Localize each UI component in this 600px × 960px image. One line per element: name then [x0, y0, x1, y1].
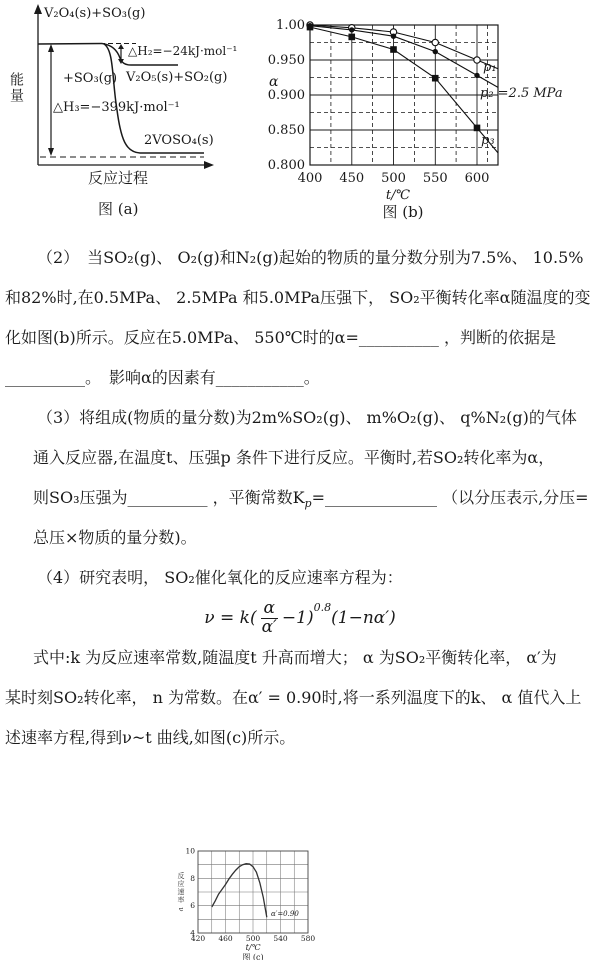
figure-c-rate-chart: 10 8 6 4 420 460 500 540 580 α′=0.90 t/℃… [170, 840, 360, 960]
data-point-p3 [348, 34, 355, 41]
fig-a-x-axis-label: 反应过程 [88, 167, 148, 188]
formula-tail: (1−nα′) [331, 598, 396, 638]
text-line: 通入反应器,在温度t、压强p 条件下进行反应。平衡时,若SO₂转化率为α， [0, 438, 600, 478]
question-text-block: （2） 当SO₂(g)、 O₂(g)和N₂(g)起始的物质的量分数分别为7.5%… [0, 238, 600, 758]
kp-line-post: =______________ （以分压表示,分压= [312, 488, 589, 507]
text-line: __________。 影响α的因素有___________。 [0, 358, 600, 398]
formula-exponent: 0.8 [314, 602, 332, 613]
fig-c-annotation: α′=0.90 [271, 910, 299, 918]
data-point-p3 [474, 125, 481, 132]
x-tick-label: 420 [191, 934, 206, 943]
text-line: 则SO₃压强为__________ ，平衡常数Kp=______________… [0, 478, 600, 518]
y-tick-label: 0.950 [268, 53, 305, 68]
x-tick-label: 580 [301, 934, 316, 943]
y-tick-label: 10 [185, 847, 195, 856]
fig-a-dh2-label: △H₂=−24kJ·mol⁻¹ [128, 44, 237, 58]
x-tick-label: 450 [339, 171, 364, 186]
x-tick-label: 550 [423, 171, 448, 186]
x-tick-label: 500 [246, 934, 261, 943]
y-tick-label: 0.850 [268, 123, 305, 138]
x-tick-label: 460 [218, 934, 233, 943]
dh3-arrow-up-icon [48, 44, 54, 52]
data-point-p3 [432, 75, 439, 82]
fig-a-dh3-label: △H₃=−399kJ·mol⁻¹ [53, 100, 180, 115]
fig-c-grid [198, 851, 308, 933]
data-point-p3 [390, 46, 397, 53]
series-labels: p₁ p₂ =2.5 MPa p₃ [480, 60, 563, 148]
fig-c-y-axis-label: 反应速率 ν [176, 872, 186, 912]
kp-subscript: p [305, 497, 312, 510]
data-series [307, 22, 498, 153]
figure-a-energy-diagram: V₂O₄(s)+SO₃(g) △H₂=−24kJ·mol⁻¹ +SO₃(g) V… [0, 0, 260, 225]
fig-a-bottom-state-label: 2VOSO₄(s) [144, 133, 214, 148]
text-line: 和82%时,在0.5MPa、 2.5MPa 和5.0MPa压强下， SO₂平衡转… [0, 278, 600, 318]
fig-b-y-axis-label: α [269, 74, 279, 90]
y-tick-label: 8 [190, 874, 195, 883]
x-tick-label: 400 [298, 171, 323, 186]
dh2-arrow-up-icon [118, 44, 124, 49]
series-label-p2: p₂ =2.5 MPa [480, 86, 563, 101]
x-tick-label: 500 [381, 171, 406, 186]
series-label-p3: p₃ [481, 133, 495, 148]
y-tick-label: 6 [190, 901, 195, 910]
fig-a-y-axis-label: 能量 [6, 72, 26, 104]
major-grid [310, 25, 498, 165]
y-axis-arrow-icon [34, 4, 42, 14]
fig-c-y-tick-labels: 10 8 6 4 [185, 847, 195, 938]
data-point-p1 [432, 39, 438, 45]
text-line: 式中:k 为反应速率常数,随温度t 升高而增大； α 为SO₂平衡转化率， α′… [0, 638, 600, 678]
fig-c-x-tick-labels: 420 460 500 540 580 [191, 934, 316, 943]
y-tick-label: 1.00 [276, 18, 305, 33]
fig-a-top-state-label: V₂O₄(s)+SO₃(g) [44, 6, 145, 21]
text-line: 述速率方程,得到ν~t 曲线,如图(c)所示。 [0, 718, 600, 758]
fig-a-plus-so3-label: +SO₃(g) [63, 71, 117, 86]
x-tick-label: 540 [273, 934, 288, 943]
x-axis-arrow-icon [204, 161, 214, 169]
series-label-p1: p₁ [483, 60, 497, 75]
text-line: 化如图(b)所示。反应在5.0MPa、 550℃时的α=__________ ，… [0, 318, 600, 358]
y-tick-labels: 1.00 0.950 0.900 0.850 0.800 [268, 18, 305, 173]
figure-b-alpha-chart: 1.00 0.950 0.900 0.850 0.800 400 450 500… [255, 10, 585, 228]
text-line: （4）研究表明， SO₂催化氧化的反应速率方程为： [0, 558, 600, 598]
figure-c-canvas: 10 8 6 4 420 460 500 540 580 α′=0.90 t/℃… [170, 840, 360, 960]
formula-mid: −1) [282, 598, 314, 638]
text-line: （2） 当SO₂(g)、 O₂(g)和N₂(g)起始的物质的量分数分别为7.5%… [0, 238, 600, 278]
data-point-p1 [474, 57, 480, 63]
data-point-p3 [307, 24, 314, 31]
formula-fraction: αα′ [259, 600, 280, 637]
figure-b-canvas: 1.00 0.950 0.900 0.850 0.800 400 450 500… [255, 10, 585, 228]
y-tick-label: 0.900 [268, 88, 305, 103]
data-point-p2 [391, 34, 396, 39]
formula-lhs: ν = k( [204, 598, 256, 638]
x-tick-label: 600 [465, 171, 490, 186]
exam-page: V₂O₄(s)+SO₃(g) △H₂=−24kJ·mol⁻¹ +SO₃(g) V… [0, 0, 600, 960]
fig-a-mid-state-label: V₂O₅(s)+SO₂(g) [126, 70, 227, 85]
fig-a-caption: 图 (a) [98, 198, 138, 219]
fig-c-caption: 图 (c) [242, 953, 263, 960]
data-point-p2 [433, 49, 438, 54]
dh3-arrow-down-icon [48, 148, 54, 156]
fig-b-x-axis-label: t/℃ [386, 188, 411, 203]
fig-c-x-axis-label: t/℃ [246, 943, 262, 952]
text-line: 某时刻SO₂转化率， n 为常数。在α′ = 0.90时,将一系列温度下的k、 … [0, 678, 600, 718]
kp-line-pre: 则SO₃压强为__________ ，平衡常数K [33, 488, 305, 507]
fig-b-caption: 图 (b) [382, 203, 423, 221]
text-line: 总压×物质的量分数)。 [0, 518, 600, 558]
data-point-p2 [474, 73, 479, 78]
rate-equation: ν = k(αα′−1)0.8(1−nα′) [0, 598, 600, 638]
text-line: （3）将组成(物质的量分数)为2m%SO₂(g)、 m%O₂(g)、 q%N₂(… [0, 398, 600, 438]
formula-denominator: α′ [259, 619, 280, 637]
data-point-p2 [349, 27, 354, 32]
formula-numerator: α [261, 600, 278, 619]
top-level-line [38, 44, 102, 45]
x-tick-labels: 400 450 500 550 600 [298, 171, 490, 186]
